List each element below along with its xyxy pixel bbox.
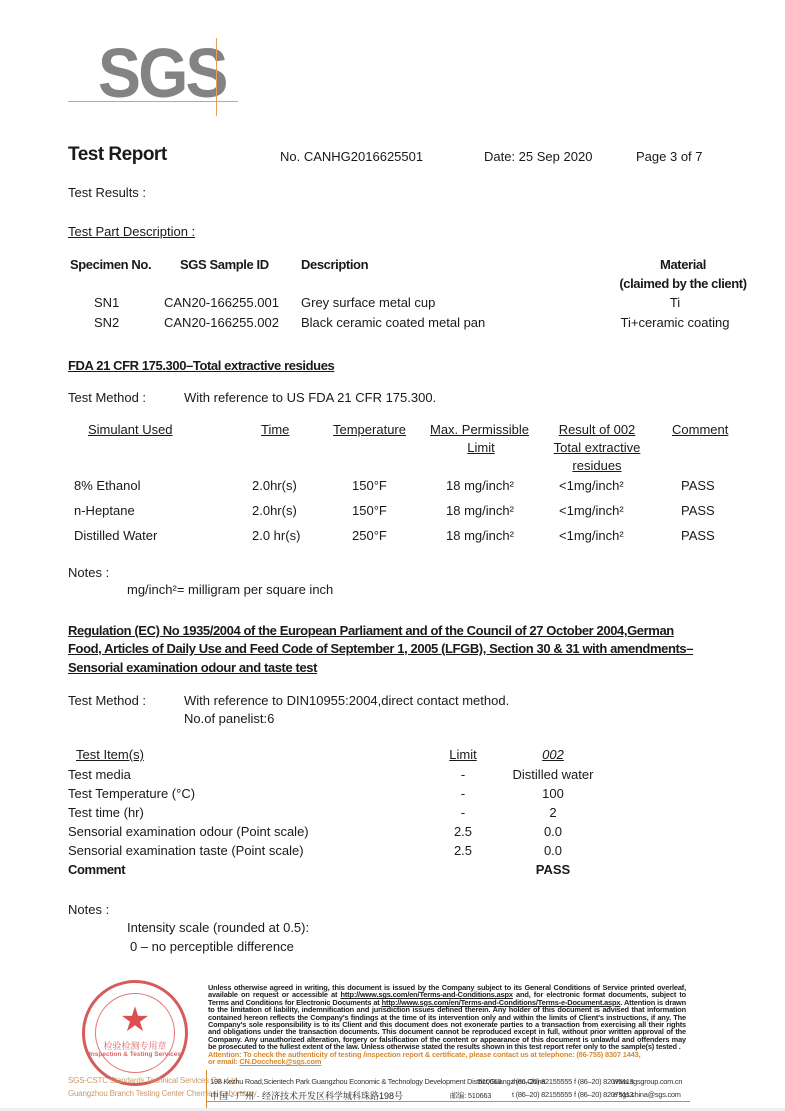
col-specimen-no: Specimen No. bbox=[70, 257, 151, 272]
col-time: Time bbox=[261, 422, 289, 437]
logo-horizontal-rule bbox=[68, 101, 238, 102]
result: <1mg/inch² bbox=[559, 503, 624, 518]
limit: 18 mg/inch² bbox=[446, 478, 514, 493]
col-result-2: Total extractive bbox=[548, 440, 646, 455]
col-result: Result of 002 bbox=[548, 422, 646, 437]
comment: PASS bbox=[681, 528, 715, 543]
test-item: Sensorial examination odour (Point scale… bbox=[68, 824, 309, 839]
time: 2.0hr(s) bbox=[252, 503, 297, 518]
lfgb-heading-line-2: Food, Articles of Daily Use and Feed Cod… bbox=[68, 641, 693, 656]
sample-id: CAN20-166255.002 bbox=[164, 315, 279, 330]
limit: 2.5 bbox=[440, 824, 486, 839]
col-sample-002: 002 bbox=[512, 747, 594, 762]
time: 2.0hr(s) bbox=[252, 478, 297, 493]
limit: 2.5 bbox=[440, 843, 486, 858]
logo-vertical-rule bbox=[216, 38, 217, 116]
col-result-3: residues bbox=[548, 458, 646, 473]
lfgb-heading-line-3: Sensorial examination odour and taste te… bbox=[68, 660, 317, 675]
specimen-no: SN1 bbox=[94, 295, 119, 310]
material: Ti bbox=[610, 295, 740, 310]
col-max-limit: Max. Permissible bbox=[430, 422, 529, 437]
result: 0.0 bbox=[492, 843, 614, 858]
stamp-en-text: Inspection & Testing Services bbox=[85, 1051, 185, 1058]
temperature: 150°F bbox=[352, 503, 387, 518]
limit: - bbox=[440, 786, 486, 801]
comment-label: Comment bbox=[68, 862, 125, 877]
limit: 18 mg/inch² bbox=[446, 528, 514, 543]
lfgb-note-2: 0 – no perceptible difference bbox=[130, 939, 294, 954]
postcode-en: 510663 bbox=[478, 1077, 501, 1086]
description: Grey surface metal cup bbox=[301, 295, 435, 310]
limit: - bbox=[440, 805, 486, 820]
col-material-note: (claimed by the client) bbox=[610, 276, 756, 291]
result: 2 bbox=[492, 805, 614, 820]
result: <1mg/inch² bbox=[559, 528, 624, 543]
test-results-label: Test Results : bbox=[68, 185, 146, 200]
footer-disclaimer: Unless otherwise agreed in writing, this… bbox=[208, 984, 686, 1065]
report-number: No. CANHG2016625501 bbox=[280, 149, 423, 164]
footer-vertical-rule bbox=[206, 1070, 207, 1108]
sgs-logo-text: SGS bbox=[98, 40, 226, 106]
simulant: 8% Ethanol bbox=[74, 478, 141, 493]
disclaimer-part-3: . Attention is drawn to the limitation o… bbox=[208, 998, 686, 1051]
result: <1mg/inch² bbox=[559, 478, 624, 493]
specimen-no: SN2 bbox=[94, 315, 119, 330]
col-description: Description bbox=[301, 257, 368, 272]
lfgb-panelists: No.of panelist:6 bbox=[184, 711, 274, 726]
page-number: Page 3 of 7 bbox=[636, 149, 703, 164]
simulant: Distilled Water bbox=[74, 528, 157, 543]
temperature: 250°F bbox=[352, 528, 387, 543]
test-item: Test time (hr) bbox=[68, 805, 144, 820]
page-title: Test Report bbox=[68, 144, 167, 166]
col-sgs-sample-id: SGS Sample ID bbox=[180, 257, 269, 272]
comment: PASS bbox=[681, 478, 715, 493]
result: Distilled water bbox=[492, 767, 614, 782]
col-limit: Limit bbox=[440, 747, 486, 762]
col-max-limit-2: Limit bbox=[430, 440, 532, 455]
website: www.sgsgroup.com.cn bbox=[613, 1077, 682, 1086]
limit: - bbox=[440, 767, 486, 782]
comment: PASS bbox=[681, 503, 715, 518]
col-temperature: Temperature bbox=[333, 422, 406, 437]
phone-2: t (86–20) 82155555 bbox=[512, 1090, 572, 1099]
report-date: Date: 25 Sep 2020 bbox=[484, 149, 592, 164]
lfgb-method-label: Test Method : bbox=[68, 693, 146, 708]
lfgb-heading-line-1: Regulation (EC) No 1935/2004 of the Euro… bbox=[68, 623, 674, 638]
simulant: n-Heptane bbox=[74, 503, 135, 518]
lfgb-note-1: Intensity scale (rounded at 0.5): bbox=[127, 920, 309, 935]
fda-method-label: Test Method : bbox=[68, 390, 146, 405]
doccheck-email-link[interactable]: CN.Doccheck@sgs.com bbox=[239, 1057, 321, 1066]
description: Black ceramic coated metal pan bbox=[301, 315, 485, 330]
result: 100 bbox=[492, 786, 614, 801]
postcode-cn: 邮编: 510663 bbox=[450, 1090, 491, 1101]
time: 2.0 hr(s) bbox=[252, 528, 300, 543]
email: e sgs.china@sgs.com bbox=[613, 1090, 681, 1099]
col-material: Material bbox=[610, 257, 756, 272]
inspection-stamp: ★ 检验检测专用章 Inspection & Testing Services bbox=[82, 980, 188, 1086]
col-simulant-used: Simulant Used bbox=[88, 422, 173, 437]
sample-id: CAN20-166255.001 bbox=[164, 295, 279, 310]
fda-note: mg/inch²= milligram per square inch bbox=[127, 582, 333, 597]
sgs-logo: SGS bbox=[68, 38, 238, 116]
attention-email-prefix: or email: bbox=[208, 1057, 239, 1066]
fda-notes-label: Notes : bbox=[68, 565, 109, 580]
fda-section-heading: FDA 21 CFR 175.300–Total extractive resi… bbox=[68, 358, 334, 373]
test-item: Test Temperature (°C) bbox=[68, 786, 195, 801]
test-item: Test media bbox=[68, 767, 131, 782]
col-test-items: Test Item(s) bbox=[76, 747, 144, 762]
material: Ti+ceramic coating bbox=[610, 315, 740, 330]
result: 0.0 bbox=[492, 824, 614, 839]
temperature: 150°F bbox=[352, 478, 387, 493]
address-cn: 中国 · 广州 · 经济技术开发区科学城科珠路198号 bbox=[210, 1089, 403, 1102]
comment-value: PASS bbox=[492, 862, 614, 877]
test-item: Sensorial examination taste (Point scale… bbox=[68, 843, 304, 858]
fda-method-value: With reference to US FDA 21 CFR 175.300. bbox=[184, 390, 436, 405]
authenticity-notice: Attention: To check the authenticity of … bbox=[208, 1051, 686, 1066]
star-icon: ★ bbox=[85, 1003, 185, 1037]
limit: 18 mg/inch² bbox=[446, 503, 514, 518]
test-part-heading: Test Part Description : bbox=[68, 224, 195, 239]
lfgb-notes-label: Notes : bbox=[68, 902, 109, 917]
col-comment: Comment bbox=[672, 422, 728, 437]
phone-1: t (86–20) 82155555 bbox=[512, 1077, 572, 1086]
lfgb-method-value: With reference to DIN10955:2004,direct c… bbox=[184, 693, 509, 708]
